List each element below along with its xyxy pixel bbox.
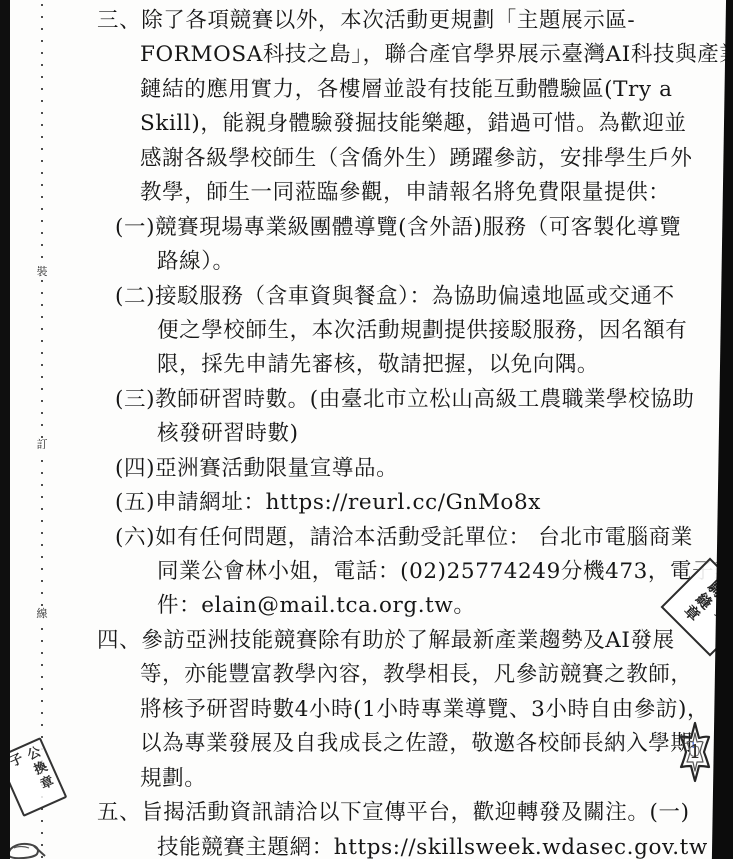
doc-line: 核發研習時數) xyxy=(0,417,733,451)
doc-line: 三、除了各項競賽以外，本次活動更規劃「主題展示區- xyxy=(0,4,733,38)
doc-line: (二)接駁服務（含車資與餐盒）：為協助偏遠地區或交通不 xyxy=(0,280,733,314)
doc-line: (四)亞洲賽活動限量宣導品。 xyxy=(0,452,733,486)
doc-line: (六)如有任何問題，請洽本活動受託單位： 台北市電腦商業 xyxy=(0,521,733,555)
doc-line: 限，採先申請先審核，敬請把握，以免向隅。 xyxy=(0,348,733,382)
doc-line: 件：elain@mail.tca.org.tw。 xyxy=(0,589,733,623)
doc-line: FORMOSA科技之島」，聯合產官學界展示臺灣AI科技與產業 xyxy=(0,38,733,72)
doc-line: 同業公會林小姐，電話：(02)25774249分機473，電子郵 xyxy=(0,555,733,589)
doc-line: (一)競賽現場專業級團體導覽(含外語)服務（可客製化導覽 xyxy=(0,211,733,245)
doc-line: 路線）。 xyxy=(0,245,733,279)
page-number: 1 xyxy=(688,741,702,763)
document-text-block: 三、除了各項競賽以外，本次活動更規劃「主題展示區- FORMOSA科技之島」，聯… xyxy=(0,4,733,859)
stamp-fragment-icon xyxy=(4,839,48,859)
doc-line: 教學，師生一同蒞臨參觀，申請報名將免費限量提供： xyxy=(0,176,733,210)
doc-line: 規劃。 xyxy=(0,762,733,796)
doc-line: 五、旨揭活動資訊請洽以下宣傳平台，歡迎轉發及關注。(一) xyxy=(0,796,733,830)
doc-line: (三)教師研習時數。(由臺北市立松山高級工農職業學校協助 xyxy=(0,383,733,417)
doc-line: 鏈結的應用實力，各樓層並設有技能互動體驗區(Try a xyxy=(0,73,733,107)
scan-edge-left-bar xyxy=(0,0,10,859)
scanned-official-document-page: { "doc": { "lines": [ "三、除了各項競賽以外，本次活動更規… xyxy=(0,0,733,859)
doc-line: 技能競賽主題網：https://skillsweek.wdasec.gov.tw xyxy=(0,831,733,859)
doc-line: 感謝各級學校師生（含僑外生）踴躍參訪，安排學生戶外 xyxy=(0,142,733,176)
doc-line: 便之學校師生，本次活動規劃提供接駁服務，因名額有 xyxy=(0,314,733,348)
doc-line: 以為專業發展及自我成長之佐證，敬邀各校師長納入學期 xyxy=(0,727,733,761)
doc-line: Skill)，能親身體驗發掘技能樂趣，錯過可惜。為歡迎並 xyxy=(0,107,733,141)
doc-line: 等，亦能豐富教學內容，教學相長，凡參訪競賽之教師， xyxy=(0,658,733,692)
doc-line: 四、參訪亞洲技能競賽除有助於了解最新產業趨勢及AI發展 xyxy=(0,624,733,658)
doc-line: 將核予研習時數4小時(1小時專業導覽、3小時自由參訪)， xyxy=(0,693,733,727)
doc-line: (五)申請網址：https://reurl.cc/GnMo8x xyxy=(0,486,733,520)
